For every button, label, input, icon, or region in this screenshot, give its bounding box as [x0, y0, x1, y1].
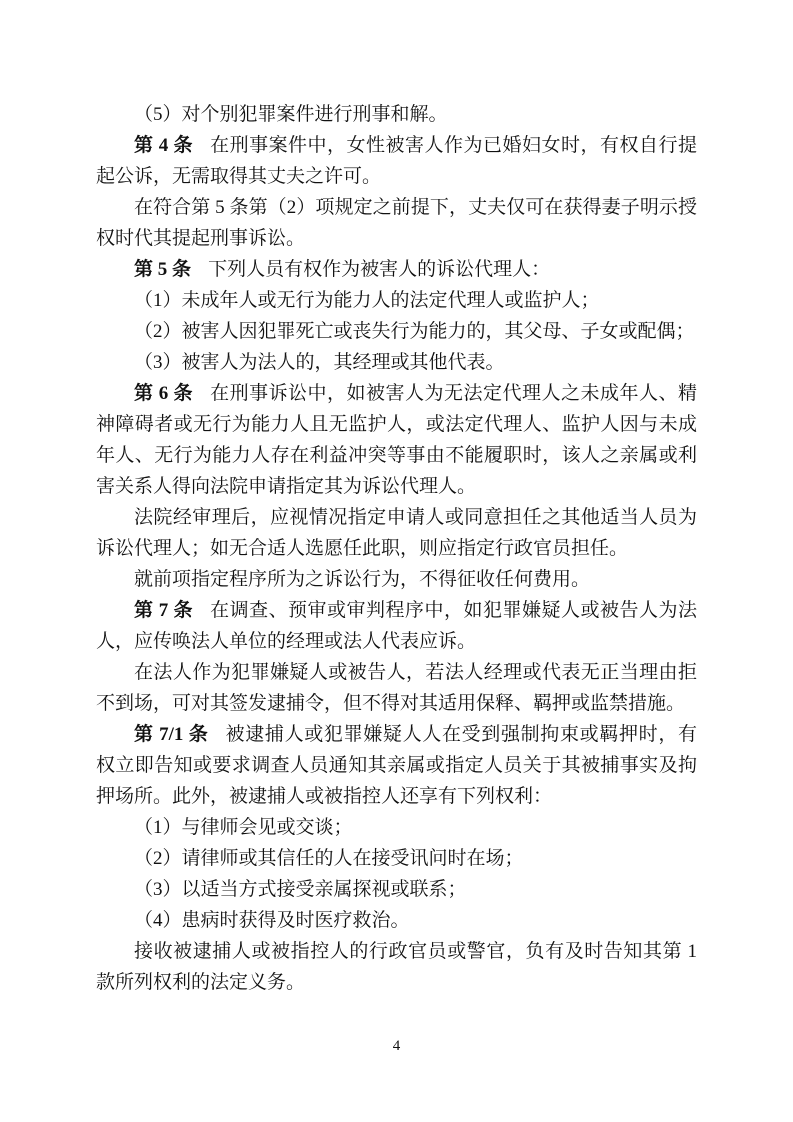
paragraph-text: 在法人作为犯罪嫌疑人或被告人，若法人经理或代表无正当理由拒不到场，可对其签发逮捕…	[96, 662, 697, 714]
page-footer: 4	[0, 1036, 793, 1056]
page-number: 4	[393, 1038, 401, 1054]
paragraph: （3）被害人为法人的，其经理或其他代表。	[96, 347, 697, 378]
paragraph-text: 就前项指定程序所为之诉讼行为，不得征收任何费用。	[134, 569, 590, 590]
paragraph-text: （1）与律师会见或交谈；	[134, 817, 353, 838]
article-paragraph: 第 6 条在刑事诉讼中，如被害人为无法定代理人之未成年人、精神障碍者或无行为能力…	[96, 378, 697, 502]
paragraph: 在符合第 5 条第（2）项规定之前提下，丈夫仅可在获得妻子明示授权时代其提起刑事…	[96, 192, 697, 254]
article-number-label: 第 7 条	[134, 600, 193, 621]
paragraph: （1）未成年人或无行为能力人的法定代理人或监护人；	[96, 285, 697, 316]
paragraph: （4）患病时获得及时医疗救治。	[96, 905, 697, 936]
paragraph-text: 接收被逮捕人或被指控人的行政官员或警官，负有及时告知其第 1 款所列权利的法定义…	[96, 941, 697, 993]
article-paragraph: 第 7 条在调查、预审或审判程序中，如犯罪嫌疑人或被告人为法人，应传唤法人单位的…	[96, 595, 697, 657]
paragraph-text: （3）被害人为法人的，其经理或其他代表。	[134, 352, 505, 373]
article-number-label: 第 4 条	[134, 135, 193, 156]
paragraph-text: （3）以适当方式接受亲属探视或联系；	[134, 879, 467, 900]
article-paragraph: 第 7/1 条被逮捕人或犯罪嫌疑人人在受到强制拘束或羁押时，有权立即告知或要求调…	[96, 719, 697, 812]
paragraph: （5）对个别犯罪案件进行刑事和解。	[96, 99, 697, 130]
paragraph: （2）请律师或其信任的人在接受讯问时在场；	[96, 843, 697, 874]
paragraph: （2）被害人因犯罪死亡或丧失行为能力的，其父母、子女或配偶；	[96, 316, 697, 347]
document-body: （5）对个别犯罪案件进行刑事和解。第 4 条在刑事案件中，女性被害人作为已婚妇女…	[96, 99, 697, 998]
paragraph: 在法人作为犯罪嫌疑人或被告人，若法人经理或代表无正当理由拒不到场，可对其签发逮捕…	[96, 657, 697, 719]
article-paragraph: 第 5 条下列人员有权作为被害人的诉讼代理人：	[96, 254, 697, 285]
article-paragraph: 第 4 条在刑事案件中，女性被害人作为已婚妇女时，有权自行提起公诉，无需取得其丈…	[96, 130, 697, 192]
paragraph-text: 下列人员有权作为被害人的诉讼代理人：	[208, 259, 550, 280]
paragraph: 就前项指定程序所为之诉讼行为，不得征收任何费用。	[96, 564, 697, 595]
paragraph-text: （4）患病时获得及时医疗救治。	[134, 910, 410, 931]
article-number-label: 第 6 条	[134, 383, 193, 404]
paragraph-text: 在符合第 5 条第（2）项规定之前提下，丈夫仅可在获得妻子明示授权时代其提起刑事…	[96, 197, 697, 249]
paragraph-text: （2）请律师或其信任的人在接受讯问时在场；	[134, 848, 524, 869]
document-page: （5）对个别犯罪案件进行刑事和解。第 4 条在刑事案件中，女性被害人作为已婚妇女…	[0, 0, 793, 1122]
paragraph: 法院经审理后，应视情况指定申请人或同意担任之其他适当人员为诉讼代理人；如无合适人…	[96, 502, 697, 564]
paragraph-text: 法院经审理后，应视情况指定申请人或同意担任之其他适当人员为诉讼代理人；如无合适人…	[96, 507, 697, 559]
paragraph: （1）与律师会见或交谈；	[96, 812, 697, 843]
paragraph: （3）以适当方式接受亲属探视或联系；	[96, 874, 697, 905]
paragraph: 接收被逮捕人或被指控人的行政官员或警官，负有及时告知其第 1 款所列权利的法定义…	[96, 936, 697, 998]
paragraph-text: （1）未成年人或无行为能力人的法定代理人或监护人；	[134, 290, 600, 311]
article-number-label: 第 7/1 条	[134, 724, 208, 745]
paragraph-text: （5）对个别犯罪案件进行刑事和解。	[134, 104, 448, 125]
article-number-label: 第 5 条	[134, 259, 191, 280]
paragraph-text: （2）被害人因犯罪死亡或丧失行为能力的，其父母、子女或配偶；	[134, 321, 695, 342]
